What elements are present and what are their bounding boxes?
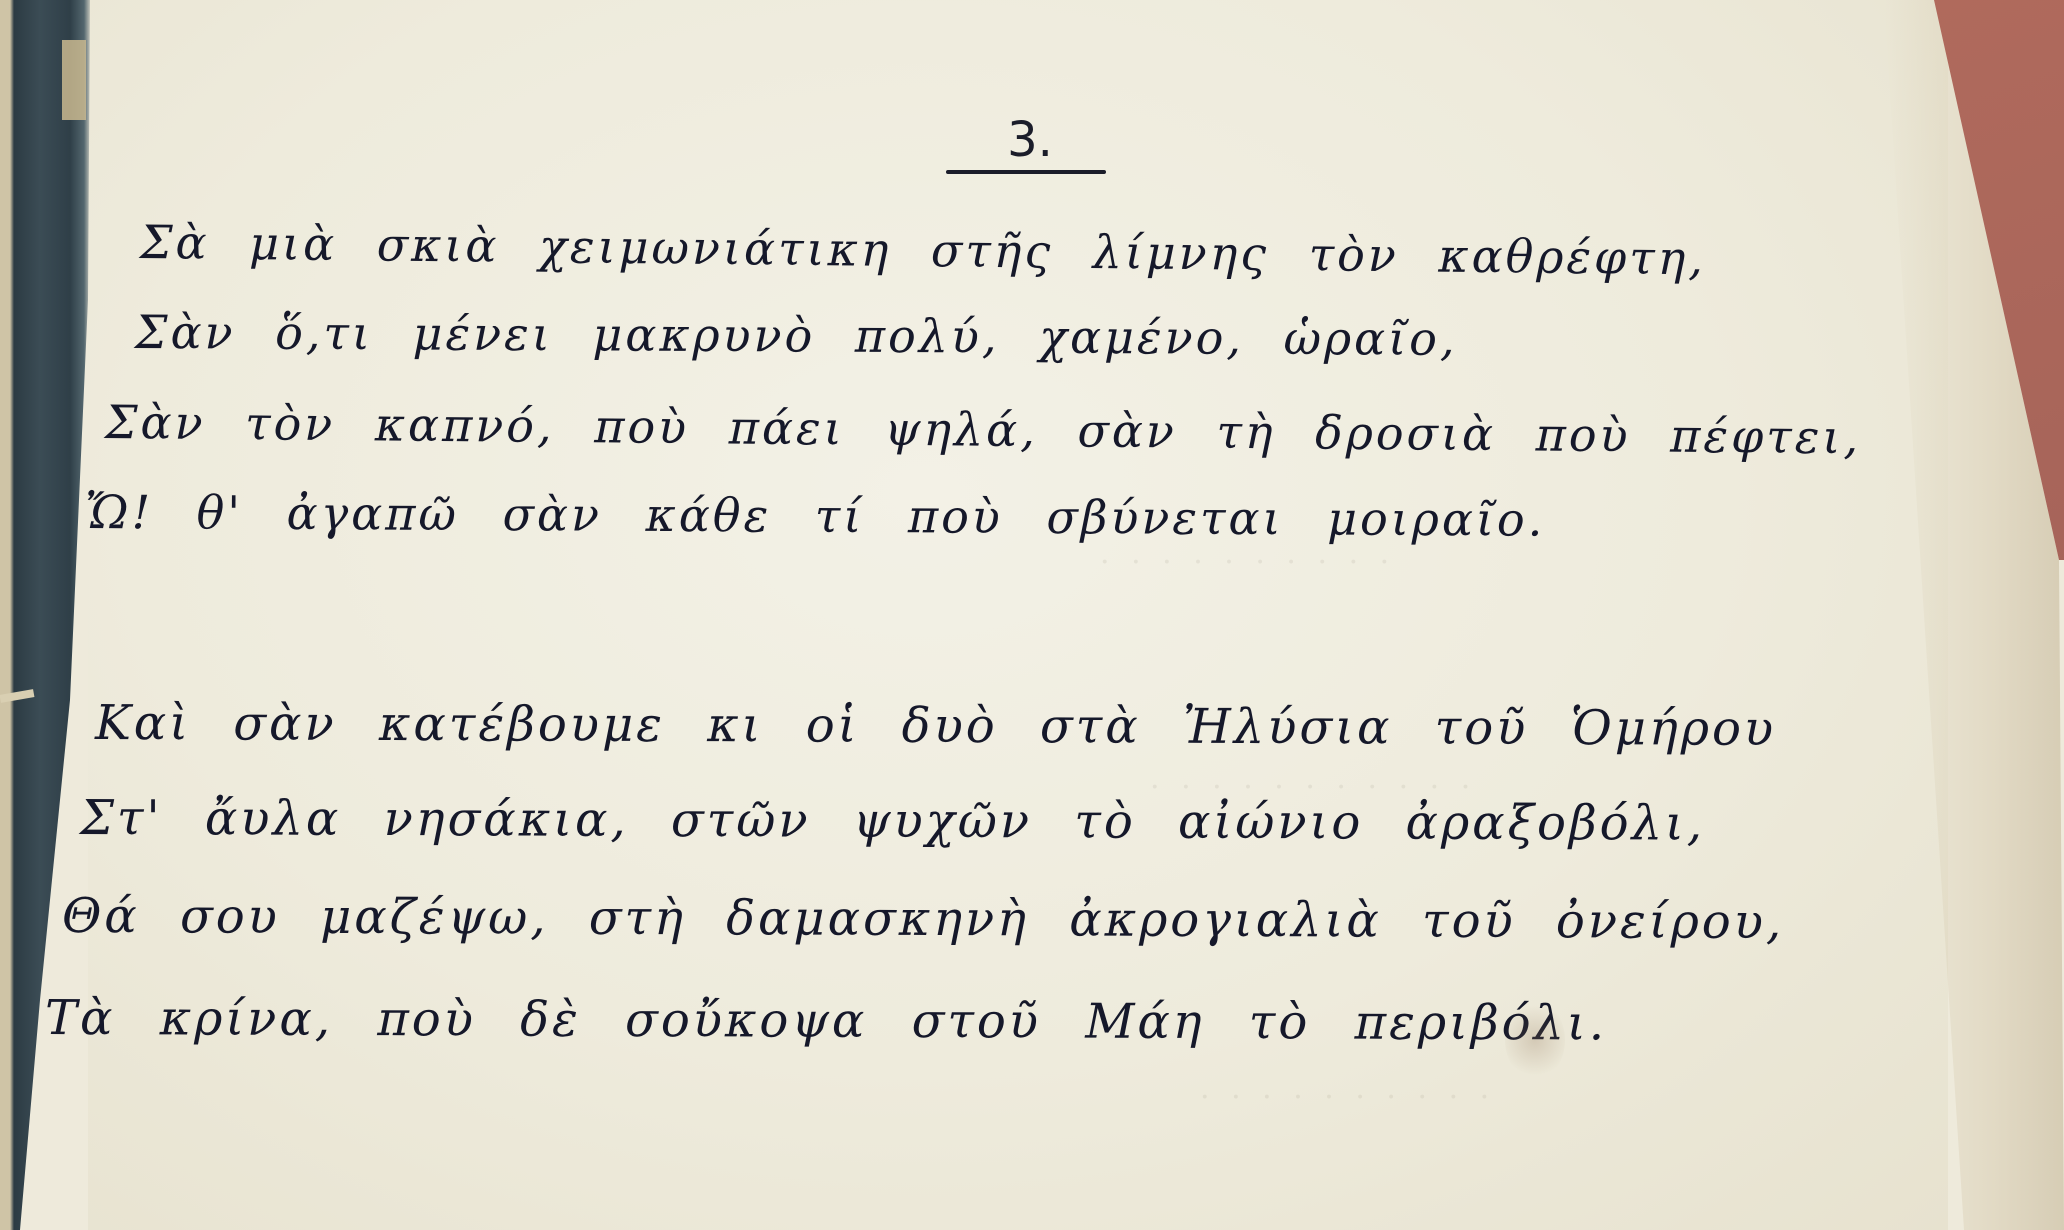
photo-scene: · · · · · · · · · · · · · · · · · · · · … [0,0,2064,1230]
poem-number-heading: 3. [940,112,1120,168]
stanza-2-line-1: Καὶ σὰν κατέβουμε κι οἱ δυὸ στὰ Ἠλύσια τ… [95,695,1776,757]
stanza-2-line-4: Τὰ κρίνα, ποὺ δὲ σοὔκοψα στοῦ Μάη τὸ περ… [45,990,1607,1051]
stanza-2-line-2: Στ' ἄυλα νησάκια, στῶν ψυχῶν τὸ αἰώνιο ἀ… [80,790,1705,852]
stanza-1-line-2: Σὰν ὅ,τι μένει μακρυνὸ πολύ, χαμένο, ὡρα… [135,305,1458,366]
stanza-1-line-4: Ὤ! θ' ἀγαπῶ σὰν κάθε τί ποὺ σβύνεται μοι… [85,485,1546,547]
stanza-2-line-3: Θά σου μαζέψω, στὴ δαμασκηνὴ ἀκρογιαλιὰ … [62,888,1784,950]
binding-tab [62,40,86,120]
fingerprint-smudge [1505,1000,1565,1080]
heading-underline [946,170,1106,174]
bleed-through-text: · · · · · · · · · · [1100,545,1395,580]
bleed-through-text: · · · · · · · · · · [1200,1080,1495,1115]
